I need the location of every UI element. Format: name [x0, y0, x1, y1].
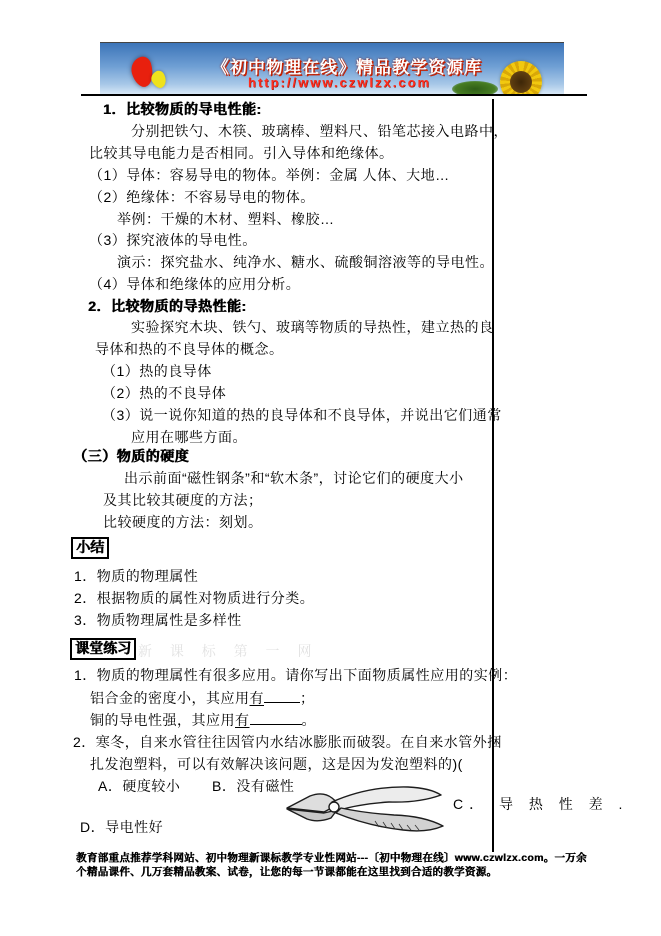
q1a-blank-line[interactable] — [264, 688, 300, 703]
summary-item-3: 3．物质物理属性是多样性 — [74, 611, 242, 629]
q1b-blank-line[interactable] — [250, 710, 302, 725]
header-divider — [81, 94, 587, 96]
item-liquid-conductivity: （3）探究液体的导电性。 — [89, 231, 257, 249]
sunflower-icon — [500, 61, 542, 95]
watermark-text: 新 课 标 第 一 网 — [138, 641, 318, 661]
item-good-conductor: （1）热的良导体 — [102, 362, 212, 380]
q1b-prefix: 铜的导电性强，其应用 — [90, 712, 235, 728]
para-hardness-2: 及其比较其硬度的方法； — [103, 491, 263, 509]
practice-q2-line1: 2．寒冬，自来水管往往因管内水结冰膨胀而破裂。在自来水管外捆 — [73, 733, 502, 751]
q1a-prefix: 铝合金的密度小，其应用 — [90, 690, 250, 706]
para-thermal-2: 导体和热的不良导体的概念。 — [95, 340, 284, 358]
item-insulator-examples: 举例：干燥的木材、塑料、橡胶… — [117, 210, 335, 228]
summary-item-2: 2．根据物质的属性对物质进行分类。 — [74, 589, 314, 607]
heading-thermal: 2．比较物质的导热性能: — [88, 297, 246, 315]
option-a: A．硬度较小 — [98, 777, 180, 795]
practice-q1: 1．物质的物理属性有很多应用。请你写出下面物质属性应用的实例： — [74, 666, 517, 684]
q1b-suffix: 。 — [302, 712, 317, 728]
site-banner: 《初中物理在线》精品教学资源库 http://www.czwlzx.com — [100, 42, 564, 95]
option-c: C． 导 热 性 差 . — [453, 795, 628, 813]
practice-box-label: 课堂练习 — [70, 638, 136, 660]
q1a-suffix: ； — [300, 690, 315, 706]
foliage-decoration — [452, 81, 498, 95]
para-conductivity-1: 分别把铁勺、木筷、玻璃棒、塑料尺、铅笔芯接入电路中， — [131, 122, 508, 140]
item-discuss-2: 应用在哪些方面。 — [131, 428, 247, 446]
practice-q2-line2: 扎发泡塑料，可以有效解决该问题，这是因为发泡塑料的)( — [90, 755, 463, 773]
para-hardness-1: 出示前面“磁性钢条”和“软木条”，讨论它们的硬度大小 — [124, 469, 464, 487]
pliers-image — [280, 783, 448, 842]
practice-q1b: 铜的导电性强，其应用有。 — [90, 710, 316, 729]
sunflower-center — [510, 71, 532, 93]
item-insulator: （2）绝缘体：不容易导电的物体。 — [89, 188, 315, 206]
item-application-analysis: （4）导体和绝缘体的应用分析。 — [89, 275, 300, 293]
heading-conductivity: 1．比较物质的导电性能: — [103, 100, 261, 118]
item-conductor: （1）导体：容易导电的物体。举例：金属 人体、大地… — [89, 166, 450, 184]
item-poor-conductor: （2）热的不良导体 — [102, 384, 226, 402]
item-discuss-1: （3）说一说你知道的热的良导体和不良导体，并说出它们通常 — [102, 406, 502, 424]
practice-q1a: 铝合金的密度小，其应用有； — [90, 688, 315, 707]
summary-item-1: 1．物质的物理属性 — [74, 567, 198, 585]
heading-hardness: （三）物质的硬度 — [73, 447, 189, 465]
q1b-blank-label: 有 — [235, 712, 250, 728]
para-thermal-1: 实验探究木块、铁勺、玻璃等物质的导热性，建立热的良 — [131, 318, 494, 336]
q1a-blank-label: 有 — [250, 690, 265, 706]
para-conductivity-2: 比较其导电能力是否相同。引入导体和绝缘体。 — [89, 144, 394, 162]
para-hardness-method: 比较硬度的方法：刻划。 — [103, 513, 263, 531]
item-liquid-demo: 演示：探究盐水、纯净水、糖水、硫酸铜溶液等的导电性。 — [117, 253, 494, 271]
flame-logo-icon — [128, 55, 156, 90]
banner-url: http://www.czwlzx.com — [248, 75, 431, 90]
summary-box-label: 小结 — [71, 537, 109, 559]
option-d: D．导电性好 — [80, 818, 163, 836]
footer-text: 教育部重点推荐学科网站、初中物理新课标教学专业性网站---〔初中物理在线〕www… — [76, 852, 588, 879]
